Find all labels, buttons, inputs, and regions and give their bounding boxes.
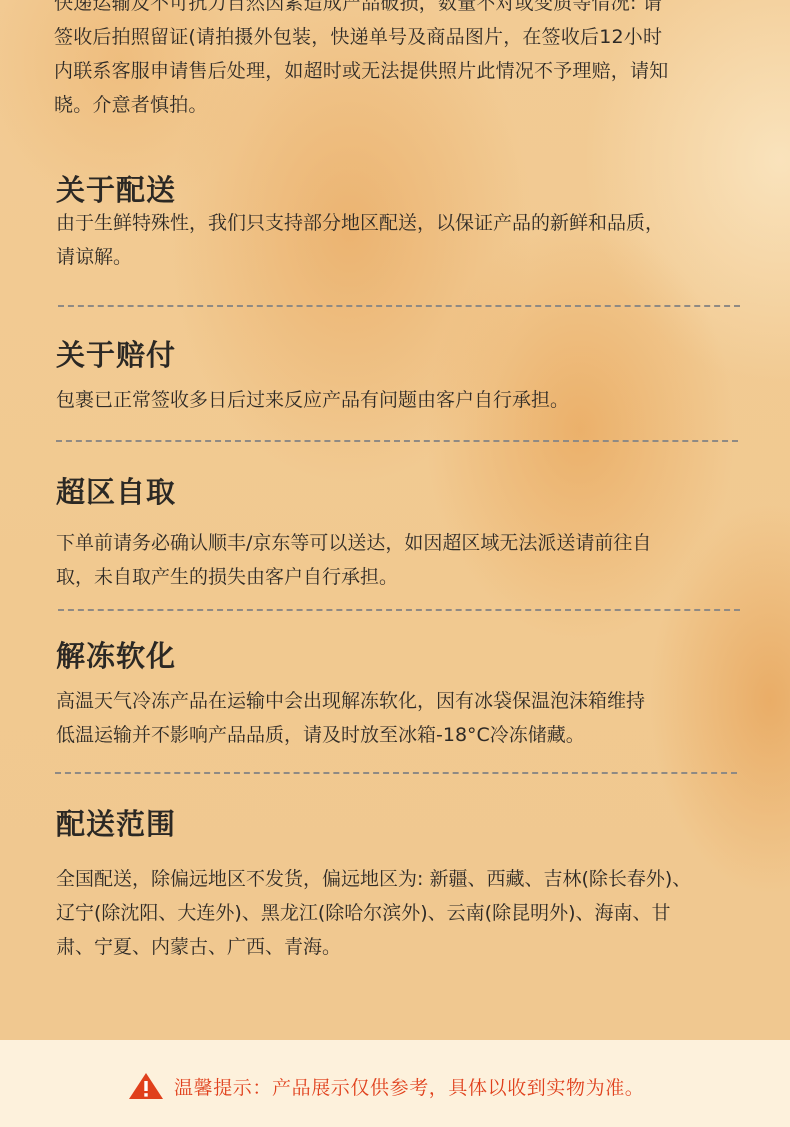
section-line: 高温天气冷冻产品在运输中会出现解冻软化，因有冰袋保温泡沫箱维持 <box>56 684 746 718</box>
section-line: 全国配送，除偏远地区不发货，偏远地区为: 新疆、西藏、吉林(除长春外)、 <box>56 862 746 896</box>
section-body: 高温天气冷冻产品在运输中会出现解冻软化，因有冰袋保温泡沫箱维持 低温运输并不影响… <box>56 684 746 752</box>
section-body: 包裹已正常签收多日后过来反应产品有问题由客户自行承担。 <box>56 383 746 417</box>
section-compensation: 关于赔付 包裹已正常签收多日后过来反应产品有问题由客户自行承担。 <box>56 337 746 417</box>
section-body: 下单前请务必确认顺丰/京东等可以送达，如因超区域无法派送请前往自 取，未自取产生… <box>56 526 746 594</box>
section-line: 肃、宁夏、内蒙古、广西、青海。 <box>56 930 746 964</box>
section-line: 辽宁(除沈阳、大连外)、黑龙江(除哈尔滨外)、云南(除昆明外)、海南、甘 <box>56 896 746 930</box>
section-line: 由于生鲜特殊性，我们只支持部分地区配送，以保证产品的新鲜和品质， <box>56 206 746 240</box>
section-line: 请谅解。 <box>56 240 746 274</box>
footer-notice-bar: 温馨提示：产品展示仅供参考，具体以收到实物为准。 <box>0 1040 790 1127</box>
dashed-divider <box>55 772 737 774</box>
intro-line: 内联系客服申请售后处理，如超时或无法提供照片此情况不予理赔，请知 <box>54 54 734 88</box>
warm-reminder: 温馨提示：产品展示仅供参考，具体以收到实物为准。 <box>128 1072 644 1100</box>
section-line: 下单前请务必确认顺丰/京东等可以送达，如因超区域无法派送请前往自 <box>56 526 746 560</box>
intro-line: 快递运输及不可抗力自然因素造成产品破损，数量不对或变质等情况: 请 <box>54 0 734 20</box>
notice-text: 温馨提示：产品展示仅供参考，具体以收到实物为准。 <box>174 1073 644 1100</box>
intro-line: 签收后拍照留证(请拍摄外包装，快递单号及商品图片，在签收后12小时 <box>54 20 734 54</box>
section-title: 配送范围 <box>56 806 746 842</box>
dashed-divider <box>56 440 738 442</box>
section-title: 超区自取 <box>56 474 746 510</box>
section-thawing: 解冻软化 高温天气冷冻产品在运输中会出现解冻软化，因有冰袋保温泡沫箱维持 低温运… <box>56 638 746 752</box>
section-delivery: 关于配送 由于生鲜特殊性，我们只支持部分地区配送，以保证产品的新鲜和品质， 请谅… <box>56 172 746 274</box>
intro-paragraph: 快递运输及不可抗力自然因素造成产品破损，数量不对或变质等情况: 请 签收后拍照留… <box>54 0 734 122</box>
section-title: 解冻软化 <box>56 638 746 674</box>
section-self-pickup: 超区自取 下单前请务必确认顺丰/京东等可以送达，如因超区域无法派送请前往自 取，… <box>56 474 746 594</box>
section-title: 关于配送 <box>56 172 746 208</box>
dashed-divider <box>58 305 740 307</box>
section-line: 取，未自取产生的损失由客户自行承担。 <box>56 560 746 594</box>
section-delivery-range: 配送范围 全国配送，除偏远地区不发货，偏远地区为: 新疆、西藏、吉林(除长春外)… <box>56 806 746 964</box>
section-title: 关于赔付 <box>56 337 746 373</box>
dashed-divider <box>58 609 740 611</box>
product-notice-page: 快递运输及不可抗力自然因素造成产品破损，数量不对或变质等情况: 请 签收后拍照留… <box>0 0 790 1127</box>
intro-line: 晓。介意者慎拍。 <box>54 88 734 122</box>
section-body: 由于生鲜特殊性，我们只支持部分地区配送，以保证产品的新鲜和品质， 请谅解。 <box>56 206 746 274</box>
warning-triangle-icon <box>128 1072 164 1100</box>
section-line: 包裹已正常签收多日后过来反应产品有问题由客户自行承担。 <box>56 383 746 417</box>
section-body: 全国配送，除偏远地区不发货，偏远地区为: 新疆、西藏、吉林(除长春外)、 辽宁(… <box>56 862 746 964</box>
section-line: 低温运输并不影响产品品质，请及时放至冰箱-18°C冷冻储藏。 <box>56 718 746 752</box>
